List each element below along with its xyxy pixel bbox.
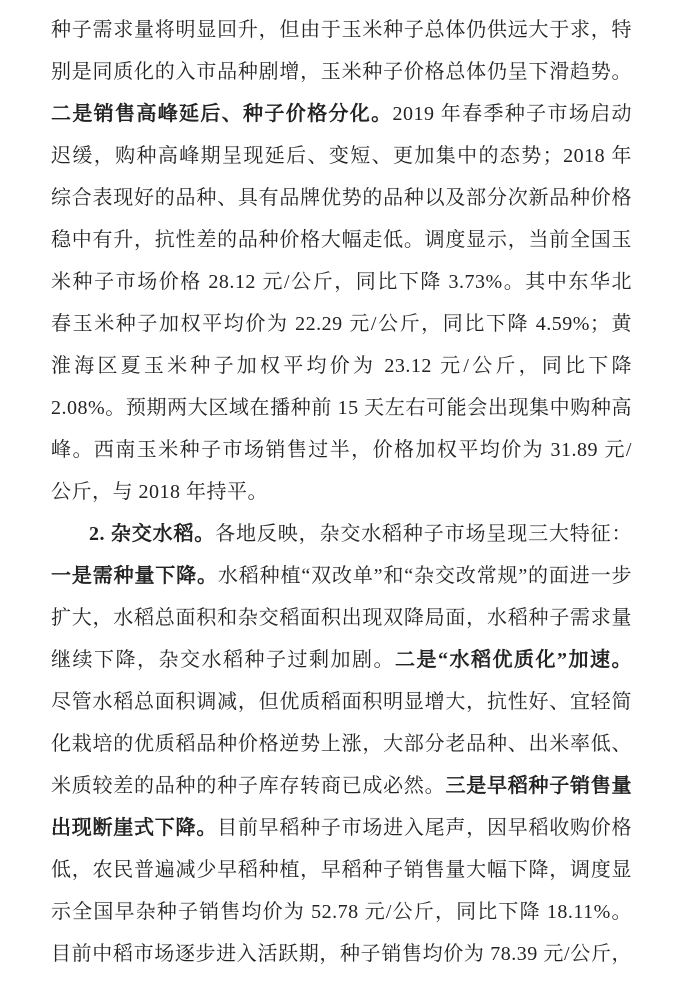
body-text: 迟缓，购种高峰期呈现延后、变短、更加集中的态势；2018 年	[51, 145, 632, 167]
text-line: 淮海区夏玉米种子加权平均价为 23.12 元/公斤，同比下降	[51, 345, 632, 387]
text-line: 米种子市场价格 28.12 元/公斤，同比下降 3.73%。其中东华北	[51, 261, 632, 303]
text-line: 峰。西南玉米种子市场销售过半，价格加权平均价为 31.89 元/	[51, 429, 632, 471]
body-text: 米质较差的品种的种子库存转商已成必然。	[51, 775, 445, 797]
text-line: 继续下降，杂交水稻种子过剩加剧。二是“水稻优质化”加速。	[51, 639, 632, 681]
body-text: 化栽培的优质稻品种价格逆势上涨，大部分老品种、出米率低、	[51, 733, 632, 755]
body-text: 示全国早杂种子销售均价为 52.78 元/公斤，同比下降 18.11%。	[51, 901, 632, 923]
text-line: 扩大，水稻总面积和杂交稻面积出现双降局面，水稻种子需求量	[51, 597, 632, 639]
body-text: 继续下降，杂交水稻种子过剩加剧。	[51, 649, 395, 671]
text-line: 化栽培的优质稻品种价格逆势上涨，大部分老品种、出米率低、	[51, 723, 632, 765]
text-line: 2. 杂交水稻。各地反映，杂交水稻种子市场呈现三大特征：	[51, 513, 632, 555]
body-text: 水稻种植“双改单”和“杂交改常规”的面进一步	[218, 565, 632, 587]
body-text: 春玉米种子加权平均价为 22.29 元/公斤，同比下降 4.59%；黄	[51, 313, 632, 335]
text-line: 一是需种量下降。水稻种植“双改单”和“杂交改常规”的面进一步	[51, 555, 632, 597]
text-line: 种子需求量将明显回升，但由于玉米种子总体仍供远大于求，特	[51, 9, 632, 51]
text-line: 米质较差的品种的种子库存转商已成必然。三是早稻种子销售量	[51, 765, 632, 807]
text-line: 低，农民普遍减少早稻种植，早稻种子销售量大幅下降，调度显	[51, 849, 632, 891]
body-text: 稳中有升，抗性差的品种价格大幅走低。调度显示，当前全国玉	[51, 229, 632, 251]
text-line: 2.08%。预期两大区域在播种前 15 天左右可能会出现集中购种高	[51, 387, 632, 429]
body-text: 目前中稻市场逐步进入活跃期，种子销售均价为 78.39 元/公斤，	[51, 943, 632, 965]
bold-heading-text: 2. 杂交水稻。	[89, 523, 215, 545]
bold-heading-text: 二是“水稻优质化”加速。	[395, 649, 632, 671]
text-line: 尽管水稻总面积调减，但优质稻面积明显增大，抗性好、宜轻简	[51, 681, 632, 723]
body-text: 别是同质化的入市品种剧增，玉米种子价格总体仍呈下滑趋势。	[51, 61, 632, 83]
body-text: 扩大，水稻总面积和杂交稻面积出现双降局面，水稻种子需求量	[51, 607, 632, 629]
bold-heading-text: 三是早稻种子销售量	[445, 775, 632, 797]
body-text: 综合表现好的品种、具有品牌优势的品种以及部分次新品种价格	[51, 187, 632, 209]
text-line: 出现断崖式下降。目前早稻种子市场进入尾声，因早稻收购价格	[51, 807, 632, 849]
body-text: 各地反映，杂交水稻种子市场呈现三大特征：	[215, 523, 632, 545]
document-body: 种子需求量将明显回升，但由于玉米种子总体仍供远大于求，特别是同质化的入市品种剧增…	[51, 9, 632, 975]
text-line: 迟缓，购种高峰期呈现延后、变短、更加集中的态势；2018 年	[51, 135, 632, 177]
bold-heading-text: 二是销售高峰延后、种子价格分化。	[51, 103, 392, 125]
text-line: 公斤，与 2018 年持平。	[51, 471, 632, 513]
bold-heading-text: 出现断崖式下降。	[51, 817, 217, 839]
body-text: 尽管水稻总面积调减，但优质稻面积明显增大，抗性好、宜轻简	[51, 691, 632, 713]
body-text: 米种子市场价格 28.12 元/公斤，同比下降 3.73%。其中东华北	[51, 271, 632, 293]
body-text: 峰。西南玉米种子市场销售过半，价格加权平均价为 31.89 元/	[51, 439, 632, 461]
body-text: 低，农民普遍减少早稻种植，早稻种子销售量大幅下降，调度显	[51, 859, 632, 881]
body-text: 淮海区夏玉米种子加权平均价为 23.12 元/公斤，同比下降	[51, 355, 632, 377]
body-text: 2.08%。预期两大区域在播种前 15 天左右可能会出现集中购种高	[51, 397, 632, 419]
document-page: 种子需求量将明显回升，但由于玉米种子总体仍供远大于求，特别是同质化的入市品种剧增…	[0, 0, 680, 1006]
text-line: 春玉米种子加权平均价为 22.29 元/公斤，同比下降 4.59%；黄	[51, 303, 632, 345]
body-text: 种子需求量将明显回升，但由于玉米种子总体仍供远大于求，特	[51, 19, 632, 41]
text-line: 二是销售高峰延后、种子价格分化。2019 年春季种子市场启动	[51, 93, 632, 135]
body-text: 目前早稻种子市场进入尾声，因早稻收购价格	[217, 817, 632, 839]
text-line: 示全国早杂种子销售均价为 52.78 元/公斤，同比下降 18.11%。	[51, 891, 632, 933]
body-text: 公斤，与 2018 年持平。	[51, 481, 268, 503]
text-line: 目前中稻市场逐步进入活跃期，种子销售均价为 78.39 元/公斤，	[51, 933, 632, 975]
bold-heading-text: 一是需种量下降。	[51, 565, 218, 587]
body-text: 2019 年春季种子市场启动	[392, 103, 632, 125]
text-line: 综合表现好的品种、具有品牌优势的品种以及部分次新品种价格	[51, 177, 632, 219]
text-line: 稳中有升，抗性差的品种价格大幅走低。调度显示，当前全国玉	[51, 219, 632, 261]
text-line: 别是同质化的入市品种剧增，玉米种子价格总体仍呈下滑趋势。	[51, 51, 632, 93]
